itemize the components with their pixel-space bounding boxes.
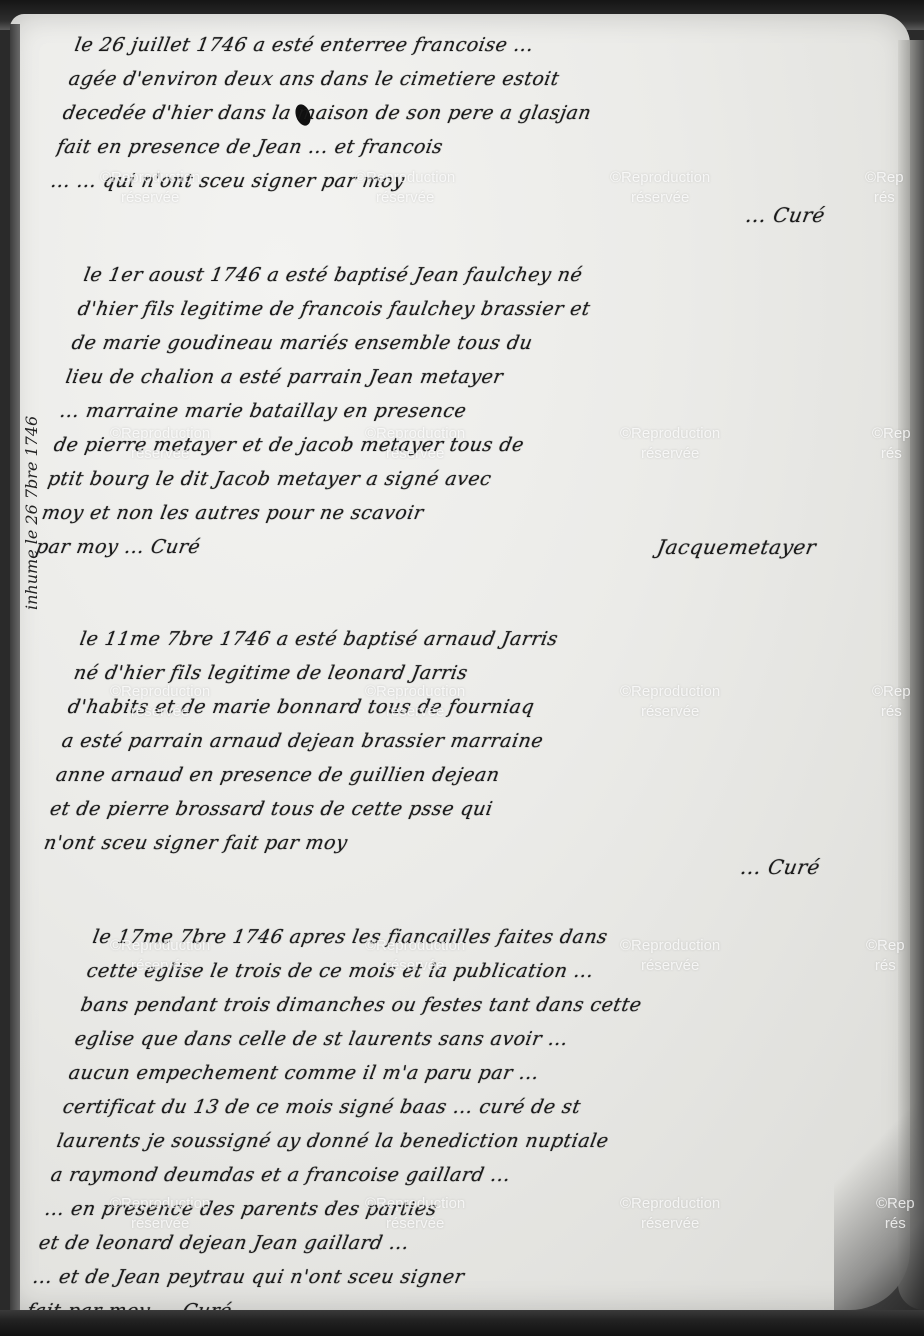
entry-line: ... ... qui n'ont sceu signer par moy	[48, 164, 894, 198]
entry-line: a esté parrain arnaud dejean brassier ma…	[59, 724, 905, 758]
entry-burial-26-juillet: le 26 juillet 1746 a esté enterree franc…	[42, 28, 918, 232]
scanned-register-frame: inhume le 26 7bre 1746 le 26 juillet 174…	[0, 0, 924, 1336]
entry-line: ... marraine marie bataillay en presence	[57, 394, 903, 428]
entry-line: aucun empechement comme il m'a paru par …	[66, 1056, 912, 1090]
entry-line: bans pendant trois dimanches ou festes t…	[78, 988, 924, 1022]
entry-line: ptit bourg le dit Jacob metayer a signé …	[45, 462, 891, 496]
entry-line: né d'hier fils legitime de leonard Jarri…	[71, 656, 917, 690]
entry-line: le 11me 7bre 1746 a esté baptisé arnaud …	[77, 622, 923, 656]
entry-line: fait en presence de Jean ... et francois	[54, 130, 900, 164]
entry-line: le 1er aoust 1746 a esté baptisé Jean fa…	[81, 258, 924, 292]
entry-line: et de leonard dejean Jean gaillard ...	[36, 1226, 882, 1260]
entry-line: de pierre metayer et de jacob metayer to…	[51, 428, 897, 462]
entry-marriage-17me-7bre: le 17me 7bre 1746 apres les fiancailles …	[24, 920, 924, 1328]
entry-line: et de pierre brossard tous de cette psse…	[47, 792, 893, 826]
entry-line: d'habits et de marie bonnard tous de fou…	[65, 690, 911, 724]
entry-line: ... en presence des parents des parties	[42, 1192, 888, 1226]
entry-line: anne arnaud en presence de guillien deje…	[53, 758, 899, 792]
page-bottom-edge	[0, 1310, 924, 1336]
entry-line: ... et de Jean peytrau qui n'ont sceu si…	[30, 1260, 876, 1294]
binding-spine	[10, 24, 20, 1314]
entry-baptism-1er-aoust: le 1er aoust 1746 a esté baptisé Jean fa…	[33, 258, 924, 564]
entry-line: de marie goudineau mariés ensemble tous …	[69, 326, 915, 360]
entry-baptism-11me-7bre: le 11me 7bre 1746 a esté baptisé arnaud …	[37, 622, 923, 884]
entry-line: le 17me 7bre 1746 apres les fiancailles …	[90, 920, 924, 954]
entry-line: eglise que dans celle de st laurents san…	[72, 1022, 918, 1056]
entry-line: laurents je soussigné ay donné la benedi…	[54, 1124, 900, 1158]
entry-line: d'hier fils legitime de francois faulche…	[75, 292, 921, 326]
entry-line: cette eglise le trois de ce mois et la p…	[84, 954, 924, 988]
entry-line: decedée d'hier dans la maison de son per…	[60, 96, 906, 130]
entry-line: certificat du 13 de ce mois signé baas .…	[60, 1090, 906, 1124]
entry-line: agée d'environ deux ans dans le cimetier…	[66, 62, 912, 96]
entry-line: a raymond deumdas et a francoise gaillar…	[48, 1158, 894, 1192]
entry-line: le 26 juillet 1746 a esté enterree franc…	[72, 28, 918, 62]
entry-line: lieu de chalion a esté parrain Jean meta…	[63, 360, 909, 394]
entry-line: moy et non les autres pour ne scavoir	[39, 496, 885, 530]
entry-signature: ... Curé	[42, 198, 888, 232]
